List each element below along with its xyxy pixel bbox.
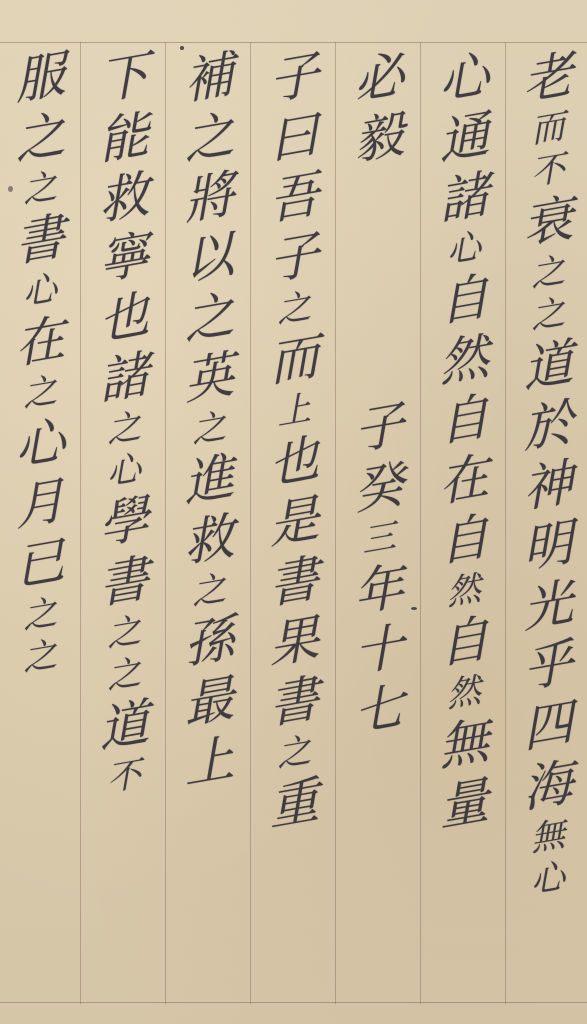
character: 在	[437, 446, 491, 514]
text-column-1: 老 而 不 衰 之 之 道 於 神 明 光 乎 四 海 無 心	[508, 48, 587, 998]
character: 於	[520, 392, 574, 460]
character: 毅	[352, 104, 406, 172]
character: 月	[13, 470, 67, 538]
character: 然	[446, 669, 483, 717]
character: 也	[267, 428, 321, 496]
character: 之	[22, 591, 59, 639]
character: 老	[520, 44, 574, 112]
text-column-2: 心 通 諸 心 自 然 自 在 自 然 自 然 無 量	[422, 48, 506, 998]
character: 不	[106, 753, 143, 801]
character: 不	[529, 147, 566, 195]
character: 進	[182, 446, 236, 514]
character: 之	[22, 165, 59, 213]
character: 乎	[520, 632, 574, 700]
ink-speck	[180, 46, 184, 50]
character: 曰	[267, 104, 321, 172]
character: 之	[106, 651, 143, 699]
character: 能	[97, 104, 151, 172]
character: 七	[352, 676, 406, 744]
character: 最	[182, 668, 236, 736]
character: 心	[106, 447, 143, 495]
text-column-6: 下 能 救 寧 也 諸 之 心 學 書 之 之 道 不	[82, 48, 166, 998]
character: 之	[276, 285, 313, 333]
character: 書	[97, 548, 151, 616]
character: 子	[352, 394, 406, 462]
character: 上	[182, 728, 236, 796]
character: 無	[529, 813, 566, 861]
character: 心	[437, 44, 491, 112]
character: 通	[437, 104, 491, 172]
ink-speck	[8, 186, 13, 192]
character: 已	[13, 530, 67, 598]
character: 以	[182, 224, 236, 292]
character: 光	[520, 572, 574, 640]
character: 諸	[437, 164, 491, 232]
character: 心	[22, 267, 59, 315]
character: 學	[97, 488, 151, 556]
character: 神	[520, 452, 574, 520]
character: 之	[106, 609, 143, 657]
character: 將	[182, 164, 236, 232]
character: 之	[191, 405, 228, 453]
character: 英	[182, 344, 236, 412]
character: 子	[267, 224, 321, 292]
character: 道	[520, 332, 574, 400]
character: 心	[446, 225, 483, 273]
character: 之	[13, 104, 67, 172]
character: 而	[267, 326, 321, 394]
character: 十	[352, 616, 406, 684]
character: 重	[267, 770, 321, 838]
character: 心	[13, 410, 67, 478]
character: 救	[97, 164, 151, 232]
character: 書	[267, 548, 321, 616]
character: 服	[13, 44, 67, 112]
character: 之	[529, 249, 566, 297]
character: 自	[437, 386, 491, 454]
character: 之	[182, 284, 236, 352]
character: 之	[191, 567, 228, 615]
character: 道	[97, 692, 151, 760]
top-rule	[0, 42, 587, 43]
character: 上	[276, 387, 313, 435]
character: 自	[437, 266, 491, 334]
character: 之	[22, 633, 59, 681]
character: 在	[13, 308, 67, 376]
character: 吾	[267, 164, 321, 232]
character: 然	[437, 326, 491, 394]
character: 下	[97, 44, 151, 112]
character: 自	[437, 506, 491, 574]
character: 孫	[182, 608, 236, 676]
character: 必	[352, 44, 406, 112]
character: 救	[182, 506, 236, 574]
character: 諸	[97, 344, 151, 412]
character: 也	[97, 284, 151, 352]
character: 然	[446, 567, 483, 615]
character: 四	[520, 692, 574, 760]
text-column-5: 補 之 將 以 之 英 之 進 救 之 孫 最 上	[167, 48, 251, 998]
character: 之	[182, 104, 236, 172]
character: 明	[520, 512, 574, 580]
character: 補	[182, 44, 236, 112]
bottom-rule	[0, 1002, 587, 1003]
character: 自	[437, 608, 491, 676]
character: 無	[437, 710, 491, 778]
character: 之	[276, 729, 313, 777]
character: 癸	[352, 454, 406, 522]
text-column-3: 必 毅 子 癸 三 年 十 七	[337, 48, 421, 998]
character: 之	[22, 369, 59, 417]
character: 書	[267, 668, 321, 736]
character: 心	[529, 855, 566, 903]
character: 量	[437, 770, 491, 838]
character: 子	[267, 44, 321, 112]
character: 寧	[97, 224, 151, 292]
text-column-4: 子 曰 吾 子 之 而 上 也 是 書 果 書 之 重	[252, 48, 336, 998]
character: 之	[106, 405, 143, 453]
character: 三	[361, 515, 398, 563]
character: 果	[267, 608, 321, 676]
character: 而	[529, 105, 566, 153]
ink-speck	[411, 607, 417, 610]
character: 年	[352, 556, 406, 624]
column-rule	[80, 42, 81, 1004]
character: 之	[529, 291, 566, 339]
character: 衰	[520, 188, 574, 256]
character: 書	[13, 206, 67, 274]
character: 是	[267, 488, 321, 556]
character: 海	[520, 752, 574, 820]
